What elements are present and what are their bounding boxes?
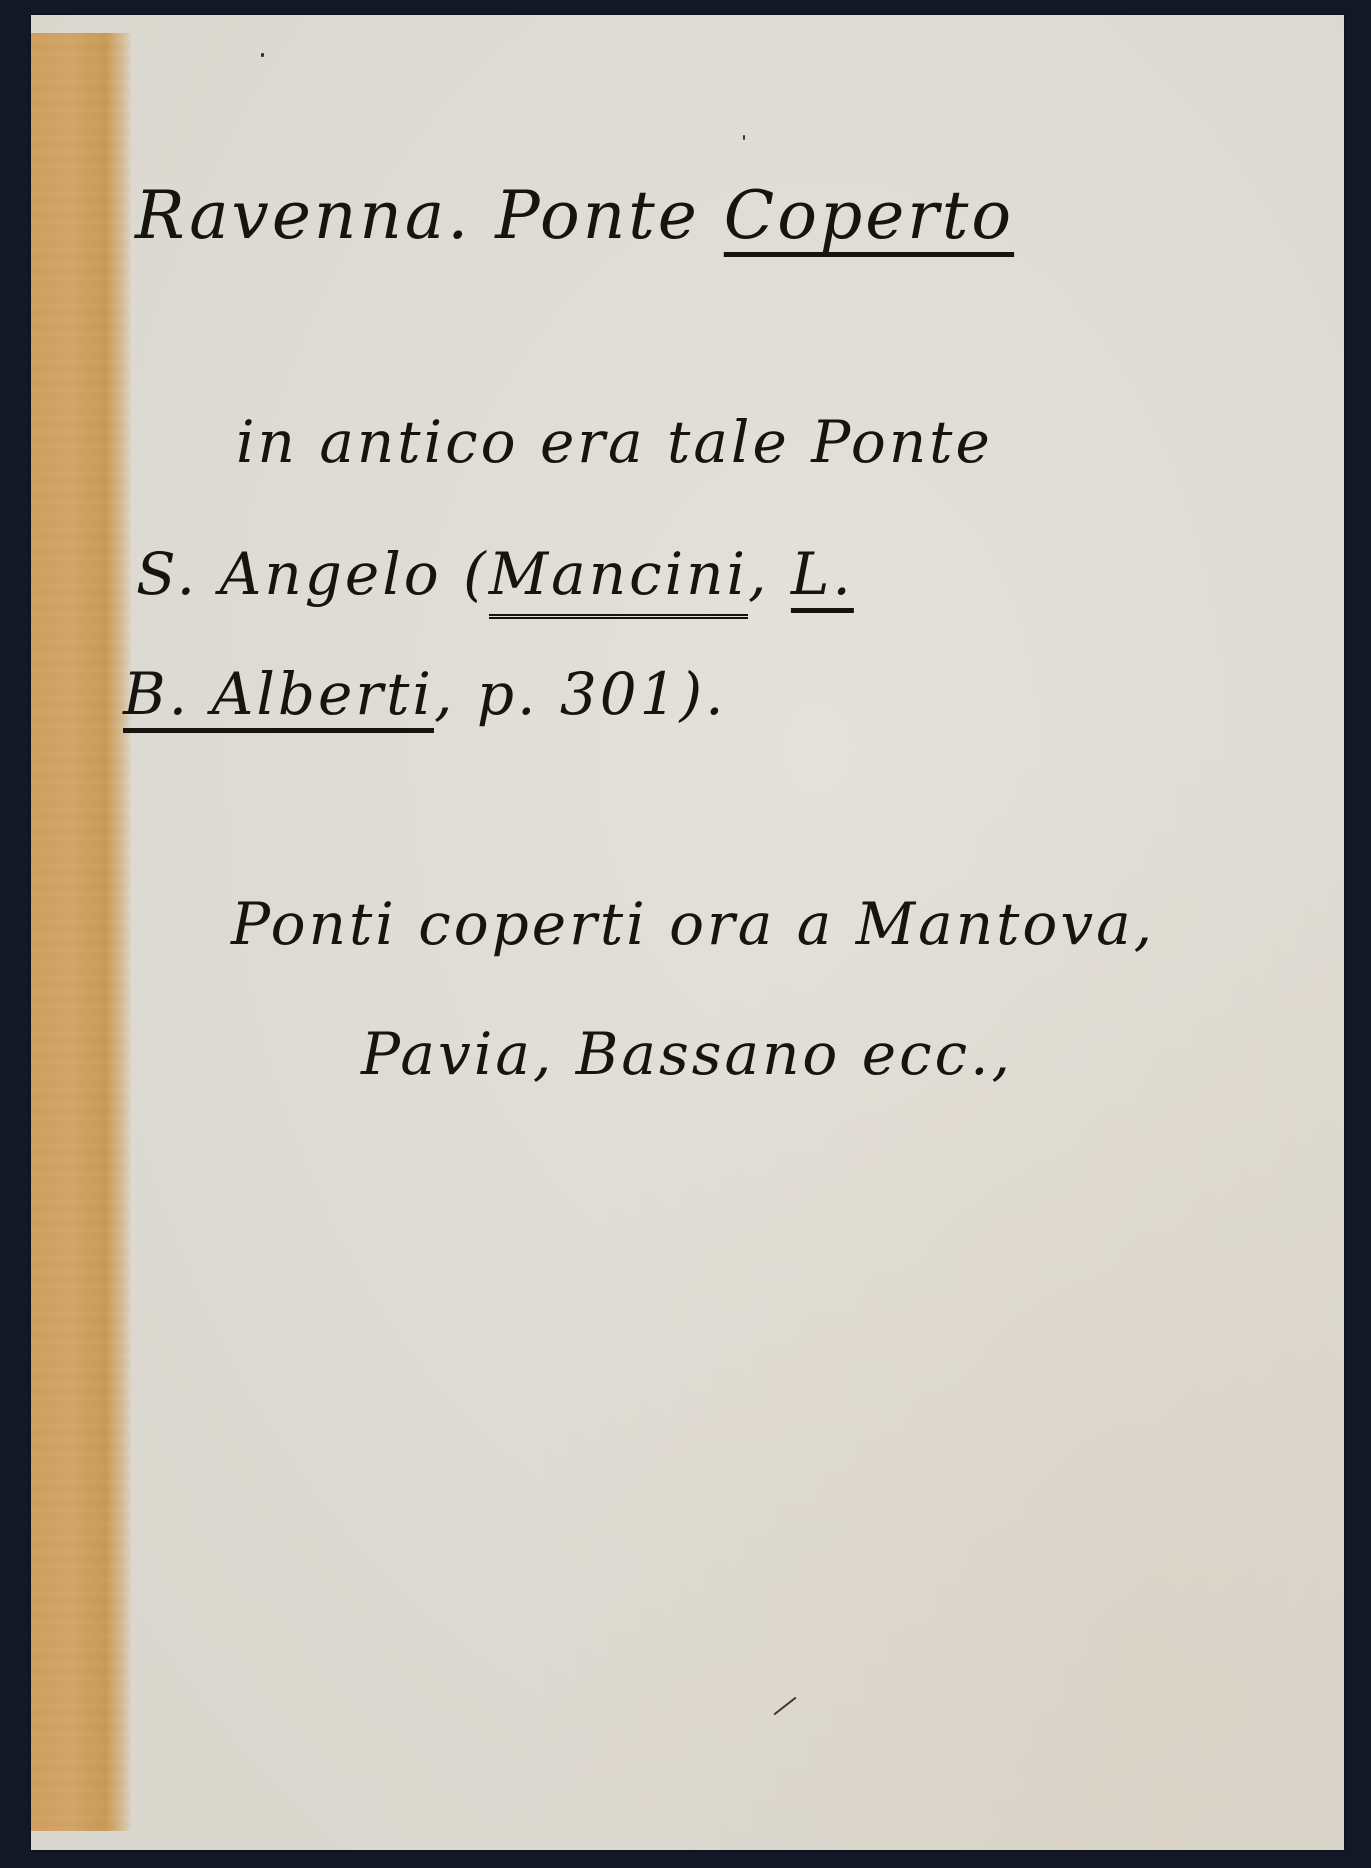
text-span: S. Angelo ( bbox=[136, 540, 489, 608]
citation-initial: L. bbox=[791, 540, 854, 608]
paragraph1-line1: in antico era tale Ponte bbox=[236, 413, 993, 471]
paragraph2-line2: Pavia, Bassano ecc., bbox=[361, 1025, 1013, 1083]
binding-stain-strip bbox=[31, 33, 131, 1831]
paragraph1-line2: S. Angelo (Mancini, L. bbox=[136, 545, 854, 603]
note-card: Ravenna. Ponte Coperto in antico era tal… bbox=[31, 15, 1344, 1850]
paragraph1-line3: B. Alberti, p. 301). bbox=[123, 665, 727, 723]
citation-author-alberti: B. Alberti bbox=[123, 660, 434, 728]
text-span: in antico era tale Ponte bbox=[236, 408, 993, 476]
ink-speck bbox=[773, 1697, 796, 1716]
citation-page: , p. 301). bbox=[434, 660, 727, 728]
ink-speck bbox=[743, 135, 745, 140]
paragraph2-line1: Ponti coperti ora a Mantova, bbox=[231, 895, 1155, 953]
heading-underlined-word: Coperto bbox=[724, 177, 1014, 254]
text-span: Pavia, Bassano ecc., bbox=[361, 1020, 1013, 1088]
text-span: Ponti coperti ora a Mantova, bbox=[231, 890, 1155, 958]
text-span: , bbox=[748, 540, 791, 608]
heading-line: Ravenna. Ponte Coperto bbox=[135, 183, 1014, 249]
citation-author-mancini: Mancini bbox=[489, 540, 748, 619]
heading-place: Ravenna. Ponte bbox=[135, 177, 724, 254]
ink-speck bbox=[261, 53, 264, 57]
